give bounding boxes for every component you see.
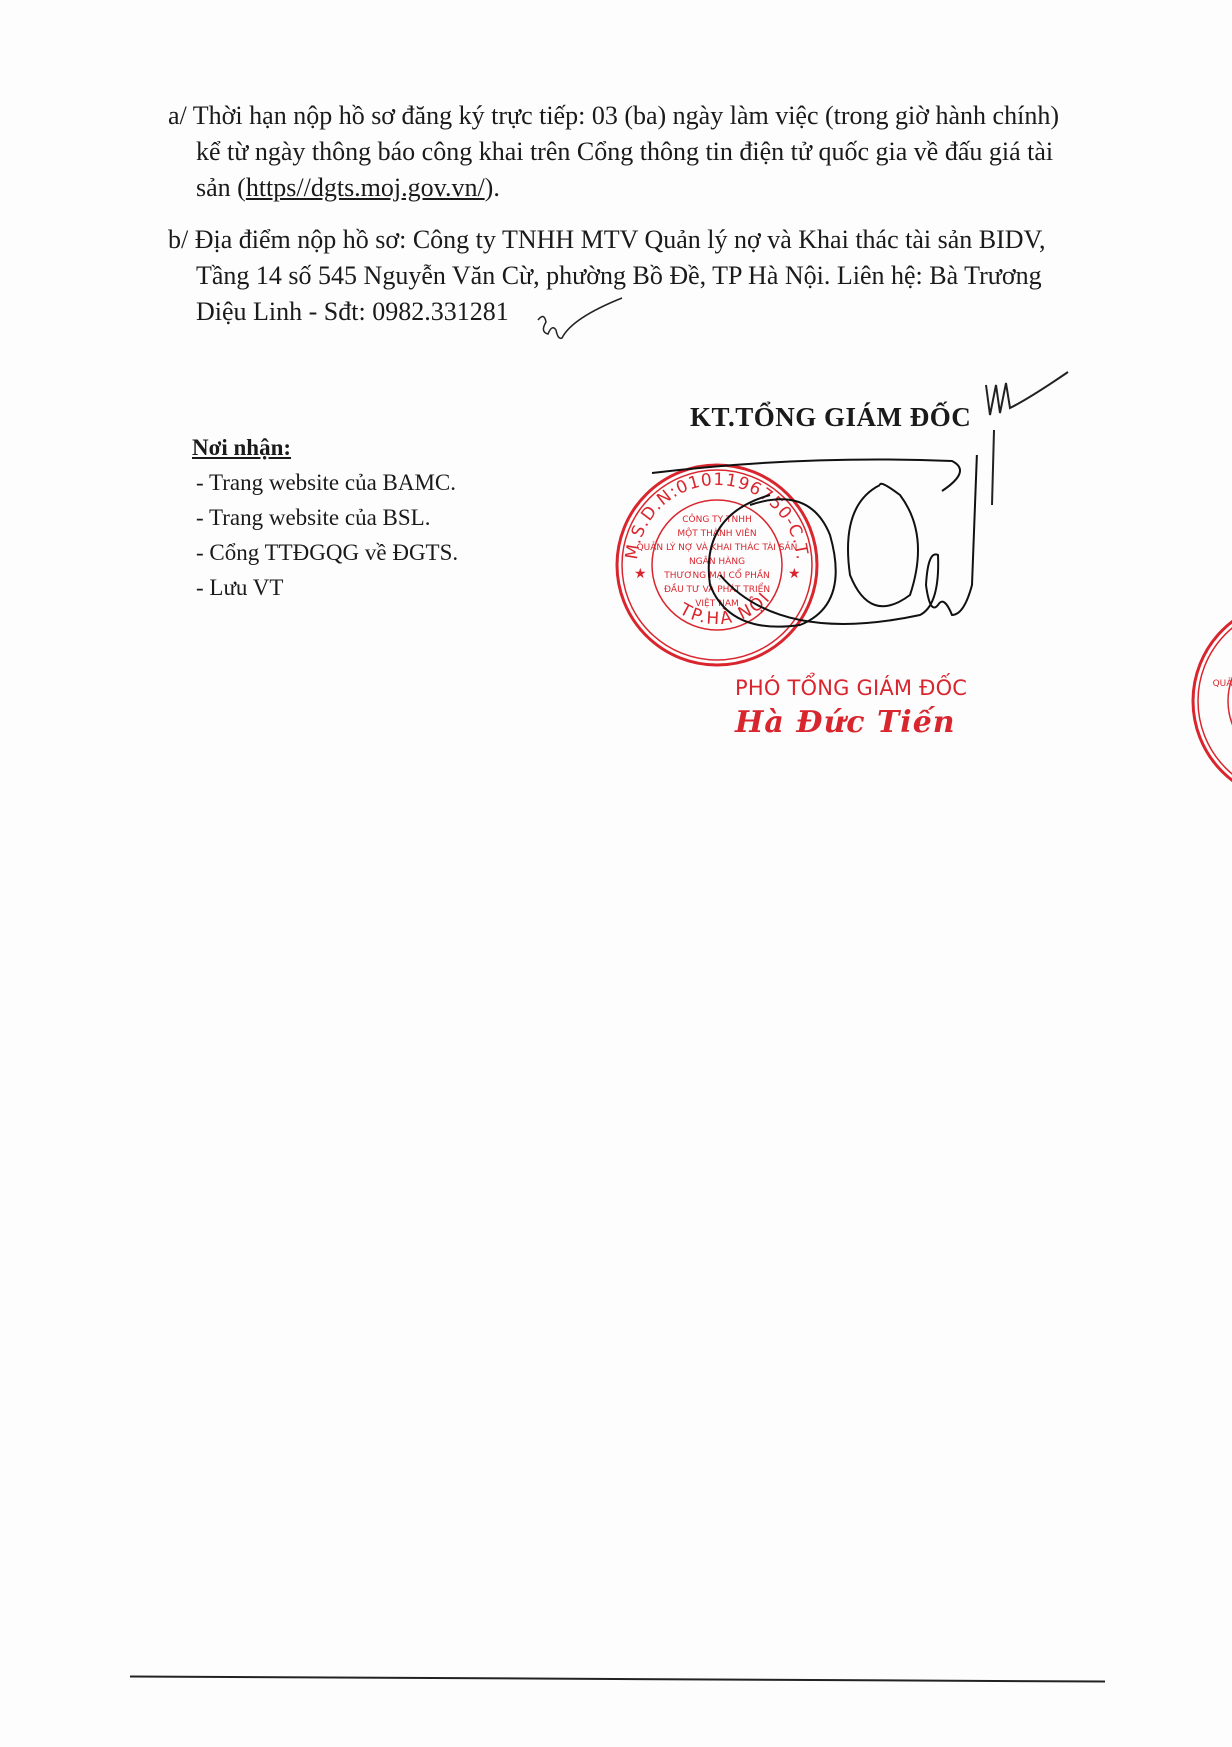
signature-title: KT.TỔNG GIÁM ĐỐC bbox=[690, 402, 971, 433]
company-seal-partial-icon: CÔNG TY TNHHMỘT THÀNH VIÊNQUẢN LÝ NỢ VÀ … bbox=[1188, 596, 1232, 806]
footer-divider bbox=[130, 1675, 1105, 1682]
paragraph-b-line-2: Tầng 14 số 545 Nguyễn Văn Cừ, phường Bồ … bbox=[168, 258, 1108, 294]
paragraph-a: a/ Thời hạn nộp hồ sơ đăng ký trực tiếp:… bbox=[168, 98, 1108, 206]
paragraph-b-line-1: b/ Địa điểm nộp hồ sơ: Công ty TNHH MTV … bbox=[168, 222, 1108, 258]
paragraph-a-line-3-prefix: sản ( bbox=[196, 173, 246, 202]
signer-role: PHÓ TỔNG GIÁM ĐỐC bbox=[735, 676, 967, 700]
paragraph-a-line-1: a/ Thời hạn nộp hồ sơ đăng ký trực tiếp:… bbox=[168, 98, 1108, 134]
svg-text:★: ★ bbox=[634, 567, 647, 582]
portal-link[interactable]: https//dgts.moj.gov.vn/ bbox=[246, 173, 485, 202]
svg-text:NGÂN HÀNG: NGÂN HÀNG bbox=[689, 555, 745, 567]
svg-text:QUẢN LÝ NỢ VÀ KHAI THÁC TÀI SẢ: QUẢN LÝ NỢ VÀ KHAI THÁC TÀI SẢN bbox=[1213, 677, 1232, 689]
svg-text:MỘT THÀNH VIÊN: MỘT THÀNH VIÊN bbox=[677, 527, 756, 539]
recipient-item: - Trang website của BAMC. bbox=[192, 465, 458, 500]
svg-text:THƯƠNG MẠI CỔ PHẦN: THƯƠNG MẠI CỔ PHẦN bbox=[663, 568, 770, 581]
svg-text:ĐẦU TƯ VÀ PHÁT TRIỂN: ĐẦU TƯ VÀ PHÁT TRIỂN bbox=[664, 582, 770, 595]
recipient-item: - Cổng TTĐGQG về ĐGTS. bbox=[192, 535, 458, 570]
paragraph-a-line-3: sản (https//dgts.moj.gov.vn/). bbox=[168, 170, 1108, 206]
paragraph-a-line-2: kể từ ngày thông báo công khai trên Cổng… bbox=[168, 134, 1108, 170]
svg-text:★: ★ bbox=[788, 567, 801, 582]
svg-text:QUẢN LÝ NỢ VÀ KHAI THÁC TÀI SẢ: QUẢN LÝ NỢ VÀ KHAI THÁC TÀI SẢN bbox=[637, 541, 798, 553]
recipient-item: - Trang website của BSL. bbox=[192, 500, 458, 535]
recipients-title: Nơi nhận: bbox=[192, 430, 458, 465]
svg-text:CÔNG TY TNHH: CÔNG TY TNHH bbox=[682, 513, 752, 525]
recipient-item: - Lưu VT bbox=[192, 570, 458, 605]
recipients-block: Nơi nhận: - Trang website của BAMC. - Tr… bbox=[192, 430, 458, 605]
paragraph-b: b/ Địa điểm nộp hồ sơ: Công ty TNHH MTV … bbox=[168, 222, 1108, 330]
company-seal-icon: M.S.D.N:0101196750-C.T.T.N.H.H TP.HÀ NỘI… bbox=[612, 460, 822, 670]
paragraph-a-suffix: ). bbox=[485, 173, 500, 202]
signer-name: Hà Đức Tiến bbox=[735, 705, 956, 740]
paragraph-b-line-3: Diệu Linh - Sđt: 0982.331281 bbox=[168, 294, 1108, 330]
svg-text:VIỆT NAM: VIỆT NAM bbox=[695, 597, 739, 609]
initials-mark-icon bbox=[980, 360, 1080, 510]
